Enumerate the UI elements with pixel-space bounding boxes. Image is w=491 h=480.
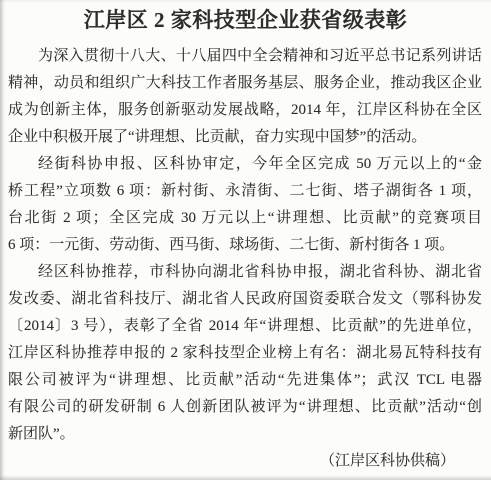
text-line: 台北街 2 项；全区完成 30 万元以上“讲理想、比贡献”的竞赛项目 — [8, 205, 482, 232]
text-line: 有限公司的研发研制 6 人创新团队被评为“讲理想、比贡献”活动“创 — [8, 394, 482, 421]
text-line: 桥工程”立项数 6 项：新村街、永清街、二七街、塔子湖街各 1 项， — [8, 178, 482, 205]
text-line: 〔2014〕3 号），表彰了全省 2014 年“讲理想、比贡献”的先进单位， — [8, 313, 482, 340]
text-line: 企业中积极开展了“讲理想、比贡献，奋力实现中国梦”的活动。 — [8, 124, 482, 151]
text-line: 发改委、湖北省科技厅、湖北省人民政府国资委联合发文（鄂科协发 — [8, 286, 482, 313]
text-line: 为深入贯彻十八大、十八届四中全会精神和习近平总书记系列讲话 — [8, 43, 482, 70]
attribution-line: （江岸区科协供稿） — [8, 448, 482, 475]
paragraphs-container: 为深入贯彻十八大、十八届四中全会精神和习近平总书记系列讲话精神，动员和组织广大科… — [8, 43, 482, 448]
paragraph: 经区科协推荐，市科协向湖北省科协申报，湖北省科协、湖北省发改委、湖北省科技厅、湖… — [8, 259, 482, 448]
text-line: 经街科协申报、区科协审定，今年全区完成 50 万元以上的“金 — [8, 151, 482, 178]
scan-edge-shadow-bottom — [0, 475, 491, 480]
paragraph: 经街科协申报、区科协审定，今年全区完成 50 万元以上的“金桥工程”立项数 6 … — [8, 151, 482, 259]
text-line: 江岸区科协推荐申报的 2 家科技型企业榜上有名：湖北易瓦特科技有 — [8, 340, 482, 367]
document-body: 为深入贯彻十八大、十八届四中全会精神和习近平总书记系列讲话精神，动员和组织广大科… — [0, 34, 491, 475]
text-line: 成为创新主体，服务创新驱动发展战略，2014 年，江岸区科协在全区 — [8, 97, 482, 124]
document-title: 江岸区 2 家科技型企业获省级表彰 — [0, 0, 491, 34]
paragraph: 为深入贯彻十八大、十八届四中全会精神和习近平总书记系列讲话精神，动员和组织广大科… — [8, 43, 482, 151]
text-line: 6 项：一元街、劳动街、西马街、球场街、二七街、新村街各 1 项。 — [8, 232, 482, 259]
scanned-document-page: 江岸区 2 家科技型企业获省级表彰 为深入贯彻十八大、十八届四中全会精神和习近平… — [0, 0, 491, 480]
text-line: 精神，动员和组织广大科技工作者服务基层、服务企业，推动我区企业 — [8, 70, 482, 97]
text-line: 经区科协推荐，市科协向湖北省科协申报，湖北省科协、湖北省 — [8, 259, 482, 286]
text-line: 新团队”。 — [8, 421, 482, 448]
text-line: 限公司被评为“讲理想、比贡献”活动“先进集体”；武汉 TCL 电器 — [8, 367, 482, 394]
